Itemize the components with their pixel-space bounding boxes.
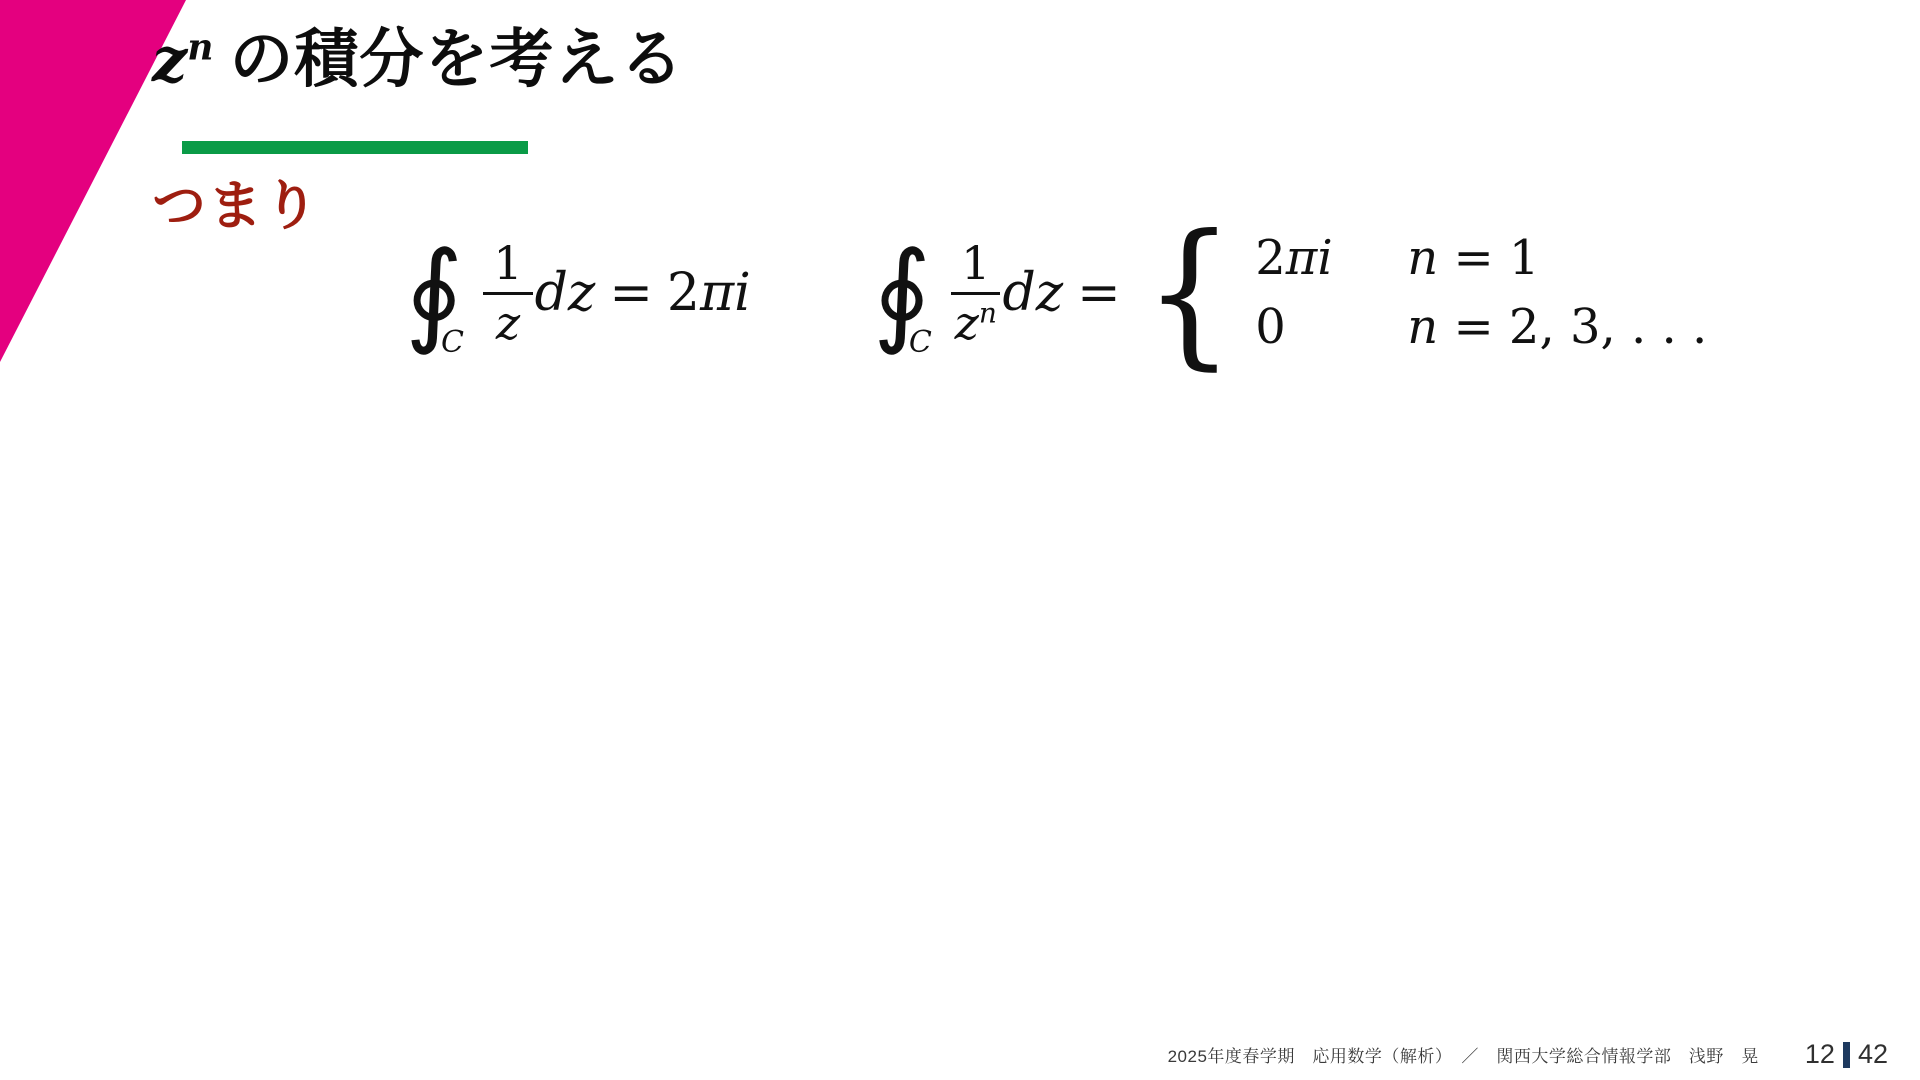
case-condition: n = 1 bbox=[1407, 232, 1707, 285]
equals-sign: = bbox=[609, 267, 653, 319]
title-math-term: zn bbox=[152, 29, 213, 91]
case-value: 2πi bbox=[1255, 232, 1373, 285]
page-total: 42 bbox=[1858, 1039, 1888, 1070]
equation-1-result: 2πi bbox=[667, 267, 751, 319]
equals-sign: = bbox=[1077, 267, 1121, 319]
case-condition-rest: = 1 bbox=[1453, 230, 1539, 286]
equation-1: ∮ C 1 z dz = 2πi bbox=[405, 238, 751, 348]
denominator-exponent: n bbox=[979, 296, 997, 329]
fraction-numerator: 1 bbox=[951, 238, 1000, 295]
equations-block: ∮ C 1 z dz = 2πi ∮ C 1 zn dz = { 2πi n =… bbox=[405, 226, 1707, 360]
result-variables: πi bbox=[700, 263, 751, 323]
fraction-denominator: zn bbox=[955, 295, 997, 349]
title-math-exponent: n bbox=[187, 26, 213, 68]
contour-integral-1: ∮ C bbox=[405, 240, 463, 346]
fraction-2: 1 zn bbox=[951, 238, 1000, 348]
denominator-base: z bbox=[955, 296, 979, 350]
cases-block: { 2πi n = 1 0 n = 2, 3, . . . bbox=[1139, 226, 1708, 360]
slide-title: zn の積分を考える bbox=[152, 24, 684, 98]
case-condition-variable: n bbox=[1407, 299, 1438, 355]
page-indicator: 12 42 bbox=[1805, 1039, 1888, 1070]
lead-text: つまり bbox=[152, 176, 320, 235]
contour-integral-2: ∮ C bbox=[873, 240, 931, 346]
fraction-1: 1 z bbox=[483, 238, 532, 348]
title-text: の積分を考える bbox=[229, 24, 684, 98]
page-divider bbox=[1843, 1042, 1850, 1068]
title-math-base: z bbox=[152, 23, 187, 96]
slide-canvas: { "colors": { "accent_pink": "#e4007f", … bbox=[0, 0, 1920, 1080]
case-value-coefficient: 0 bbox=[1255, 299, 1286, 355]
differential: dz bbox=[1002, 267, 1063, 319]
fraction-denominator: z bbox=[496, 295, 520, 349]
case-value: 0 bbox=[1255, 301, 1373, 354]
contour-label: C bbox=[441, 328, 464, 358]
contour-label: C bbox=[909, 328, 932, 358]
fraction-numerator: 1 bbox=[483, 238, 532, 295]
case-value-variables: πi bbox=[1286, 230, 1333, 286]
cases-table: 2πi n = 1 0 n = 2, 3, . . . bbox=[1255, 232, 1707, 354]
cases-brace-icon: { bbox=[1144, 226, 1234, 360]
equation-2: ∮ C 1 zn dz = { 2πi n = 1 0 n = 2, 3, . … bbox=[873, 226, 1708, 360]
page-current: 12 bbox=[1805, 1039, 1835, 1070]
differential: dz bbox=[535, 267, 596, 319]
title-underline bbox=[182, 141, 528, 154]
case-condition-rest: = 2, 3, . . . bbox=[1453, 299, 1707, 355]
case-condition-variable: n bbox=[1407, 230, 1438, 286]
footer-course-info: 2025年度春学期 応用数学（解析） ／ 関西大学総合情報学部 浅野 晃 bbox=[1168, 1042, 1759, 1067]
case-condition: n = 2, 3, . . . bbox=[1407, 301, 1707, 354]
result-coefficient: 2 bbox=[667, 263, 700, 323]
footer: 2025年度春学期 応用数学（解析） ／ 関西大学総合情報学部 浅野 晃 12 … bbox=[1168, 1039, 1888, 1070]
case-value-coefficient: 2 bbox=[1255, 230, 1286, 286]
